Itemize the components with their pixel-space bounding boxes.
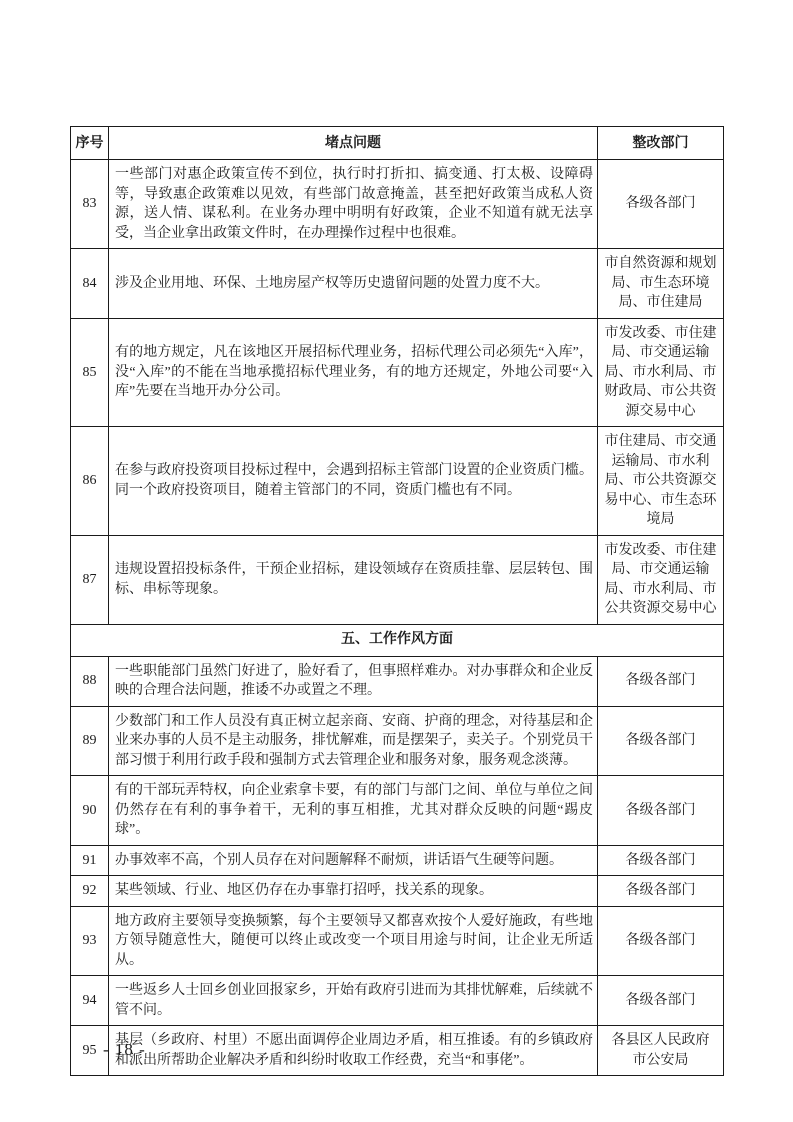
department-cell: 各级各部门 xyxy=(598,976,724,1026)
problem-cell: 违规设置招投标条件，干预企业招标，建设领域存在资质挂靠、层层转包、围标、串标等现… xyxy=(109,535,598,624)
row-number: 90 xyxy=(71,776,109,846)
table-row: 93 地方政府主要领导变换频繁，每个主要领导又都喜欢按个人爱好施政，有些地方领导… xyxy=(71,906,724,976)
row-number: 83 xyxy=(71,160,109,249)
document-page: 序号 堵点问题 整改部门 83 一些部门对惠企政策宣传不到位，执行时打折扣、搞变… xyxy=(0,0,793,1122)
problem-cell: 少数部门和工作人员没有真正树立起亲商、安商、护商的理念，对待基层和企业来办事的人… xyxy=(109,706,598,776)
row-number: 92 xyxy=(71,876,109,907)
col-header-department: 整改部门 xyxy=(598,127,724,160)
section-header-row: 五、工作作风方面 xyxy=(71,624,724,656)
section-header: 五、工作作风方面 xyxy=(71,624,724,656)
page-number: - 18 - xyxy=(103,1040,146,1060)
col-header-problem: 堵点问题 xyxy=(109,127,598,160)
row-number: 84 xyxy=(71,249,109,319)
department-cell: 各级各部门 xyxy=(598,706,724,776)
problem-cell: 有的地方规定，凡在该地区开展招标代理业务，招标代理公司必须先“入库”，没“入库”… xyxy=(109,318,598,427)
department-cell: 各级各部门 xyxy=(598,845,724,876)
problem-cell: 地方政府主要领导变换频繁，每个主要领导又都喜欢按个人爱好施政，有些地方领导随意性… xyxy=(109,906,598,976)
department-cell: 各县区人民政府 市公安局 xyxy=(598,1026,724,1076)
table-row: 83 一些部门对惠企政策宣传不到位，执行时打折扣、搞变通、打太极、设障碍等，导致… xyxy=(71,160,724,249)
department-cell: 各级各部门 xyxy=(598,906,724,976)
department-cell: 市发改委、市住建局、市交通运输局、市水利局、市公共资源交易中心 xyxy=(598,535,724,624)
problem-cell: 一些职能部门虽然门好进了，脸好看了，但事照样难办。对办事群众和企业反映的合理合法… xyxy=(109,656,598,706)
row-number: 86 xyxy=(71,427,109,536)
department-cell: 市住建局、市交通运输局、市水利局、市公共资源交易中心、市生态环境局 xyxy=(598,427,724,536)
table-row: 87 违规设置招投标条件，干预企业招标，建设领域存在资质挂靠、层层转包、围标、串… xyxy=(71,535,724,624)
table-row: 90 有的干部玩弄特权，向企业索拿卡要，有的部门与部门之间、单位与单位之间仍然存… xyxy=(71,776,724,846)
row-number: 89 xyxy=(71,706,109,776)
problem-cell: 有的干部玩弄特权，向企业索拿卡要，有的部门与部门之间、单位与单位之间仍然存在有利… xyxy=(109,776,598,846)
table-row: 88 一些职能部门虽然门好进了，脸好看了，但事照样难办。对办事群众和企业反映的合… xyxy=(71,656,724,706)
table-row: 95 基层（乡政府、村里）不愿出面调停企业周边矛盾，相互推诿。有的乡镇政府和派出… xyxy=(71,1026,724,1076)
department-cell: 各级各部门 xyxy=(598,776,724,846)
department-cell: 各级各部门 xyxy=(598,876,724,907)
table-row: 89 少数部门和工作人员没有真正树立起亲商、安商、护商的理念，对待基层和企业来办… xyxy=(71,706,724,776)
row-number: 93 xyxy=(71,906,109,976)
problem-cell: 基层（乡政府、村里）不愿出面调停企业周边矛盾，相互推诿。有的乡镇政府和派出所帮助… xyxy=(109,1026,598,1076)
table-row: 85 有的地方规定，凡在该地区开展招标代理业务，招标代理公司必须先“入库”，没“… xyxy=(71,318,724,427)
row-number: 85 xyxy=(71,318,109,427)
row-number: 91 xyxy=(71,845,109,876)
problem-cell: 在参与政府投资项目投标过程中，会遇到招标主管部门设置的企业资质门槛。同一个政府投… xyxy=(109,427,598,536)
problem-cell: 一些部门对惠企政策宣传不到位，执行时打折扣、搞变通、打太极、设障碍等，导致惠企政… xyxy=(109,160,598,249)
table-row: 92 某些领域、行业、地区仍存在办事靠打招呼，找关系的现象。 各级各部门 xyxy=(71,876,724,907)
table-row: 84 涉及企业用地、环保、土地房屋产权等历史遗留问题的处置力度不大。 市自然资源… xyxy=(71,249,724,319)
row-number: 94 xyxy=(71,976,109,1026)
col-header-no: 序号 xyxy=(71,127,109,160)
problem-cell: 某些领域、行业、地区仍存在办事靠打招呼，找关系的现象。 xyxy=(109,876,598,907)
table-row: 86 在参与政府投资项目投标过程中，会遇到招标主管部门设置的企业资质门槛。同一个… xyxy=(71,427,724,536)
problem-cell: 涉及企业用地、环保、土地房屋产权等历史遗留问题的处置力度不大。 xyxy=(109,249,598,319)
table-row: 94 一些返乡人士回乡创业回报家乡，开始有政府引进而为其排忧解难，后续就不管不问… xyxy=(71,976,724,1026)
row-number: 88 xyxy=(71,656,109,706)
department-cell: 市发改委、市住建局、市交通运输局、市水利局、市财政局、市公共资源交易中心 xyxy=(598,318,724,427)
department-cell: 市自然资源和规划局、市生态环境局、市住建局 xyxy=(598,249,724,319)
problem-cell: 办事效率不高，个别人员存在对问题解释不耐烦，讲话语气生硬等问题。 xyxy=(109,845,598,876)
department-cell: 各级各部门 xyxy=(598,656,724,706)
table-row: 91 办事效率不高，个别人员存在对问题解释不耐烦，讲话语气生硬等问题。 各级各部… xyxy=(71,845,724,876)
problem-cell: 一些返乡人士回乡创业回报家乡，开始有政府引进而为其排忧解难，后续就不管不问。 xyxy=(109,976,598,1026)
issues-table: 序号 堵点问题 整改部门 83 一些部门对惠企政策宣传不到位，执行时打折扣、搞变… xyxy=(70,126,724,1076)
table-header-row: 序号 堵点问题 整改部门 xyxy=(71,127,724,160)
row-number: 87 xyxy=(71,535,109,624)
department-cell: 各级各部门 xyxy=(598,160,724,249)
